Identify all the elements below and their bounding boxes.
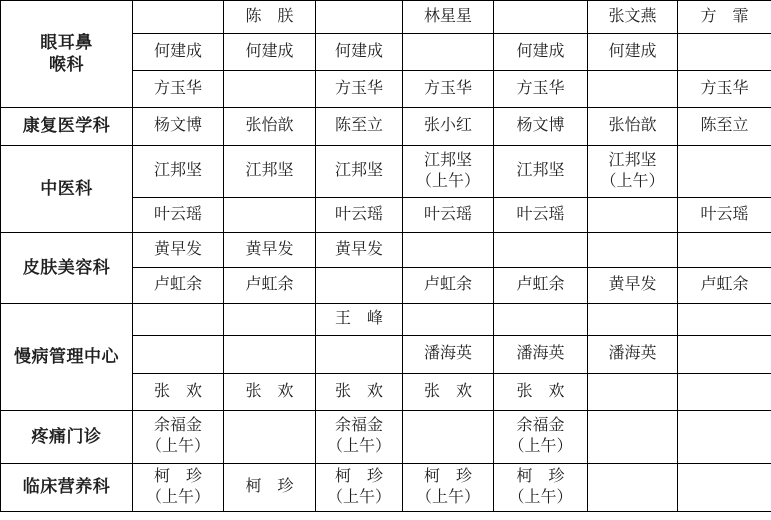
department-cell: 皮肤美容科 [1, 233, 133, 304]
schedule-cell: 方玉华 [133, 71, 224, 108]
schedule-cell: 叶云瑶 [494, 198, 588, 233]
schedule-cell [224, 411, 316, 464]
schedule-cell: 杨文博 [494, 108, 588, 146]
department-cell: 慢病管理中心 [1, 304, 133, 411]
schedule-cell [678, 464, 771, 512]
schedule-cell: 林星星 [403, 1, 494, 34]
schedule-cell [588, 411, 678, 464]
schedule-cell [133, 1, 224, 34]
schedule-cell: 柯 珍 [224, 464, 316, 512]
department-cell: 疼痛门诊 [1, 411, 133, 464]
schedule-cell [588, 71, 678, 108]
schedule-cell: 卢虹余 [224, 268, 316, 304]
schedule-cell: 潘海英 [494, 336, 588, 374]
schedule-cell: 江邦坚 [224, 146, 316, 198]
schedule-page: 眼耳鼻 喉科陈 朕林星星张文燕方 霏何建成何建成何建成何建成何建成方玉华方玉华方… [0, 0, 771, 520]
schedule-cell [588, 233, 678, 268]
schedule-cell [678, 411, 771, 464]
schedule-cell: 柯 珍 （上午） [316, 464, 403, 512]
schedule-cell: 黄早发 [588, 268, 678, 304]
schedule-cell [224, 198, 316, 233]
schedule-cell: 张 欢 [403, 374, 494, 411]
schedule-cell: 王 峰 [316, 304, 403, 336]
schedule-cell: 卢虹余 [678, 268, 771, 304]
schedule-cell: 余福金 （上午） [494, 411, 588, 464]
schedule-cell: 余福金 （上午） [133, 411, 224, 464]
department-cell: 眼耳鼻 喉科 [1, 1, 133, 108]
schedule-cell: 张 欢 [316, 374, 403, 411]
schedule-cell [316, 1, 403, 34]
schedule-cell: 柯 珍 （上午） [133, 464, 224, 512]
schedule-cell: 张文燕 [588, 1, 678, 34]
department-cell: 中医科 [1, 146, 133, 233]
schedule-cell: 陈至立 [316, 108, 403, 146]
schedule-cell [588, 304, 678, 336]
schedule-cell [494, 233, 588, 268]
schedule-cell [133, 304, 224, 336]
schedule-cell [403, 411, 494, 464]
schedule-cell [316, 268, 403, 304]
department-cell: 康复医学科 [1, 108, 133, 146]
schedule-cell: 江邦坚 [133, 146, 224, 198]
schedule-cell [678, 336, 771, 374]
schedule-cell [316, 336, 403, 374]
schedule-cell: 何建成 [224, 34, 316, 71]
schedule-cell: 卢虹余 [494, 268, 588, 304]
table-row: 慢病管理中心王 峰 [1, 304, 771, 336]
schedule-cell: 黄早发 [133, 233, 224, 268]
schedule-cell: 江邦坚 （上午） [403, 146, 494, 198]
table-row: 中医科江邦坚江邦坚江邦坚江邦坚 （上午）江邦坚江邦坚 （上午） [1, 146, 771, 198]
schedule-cell [588, 374, 678, 411]
schedule-cell: 杨文博 [133, 108, 224, 146]
schedule-cell: 江邦坚 [494, 146, 588, 198]
schedule-cell: 张 欢 [133, 374, 224, 411]
schedule-cell: 张 欢 [224, 374, 316, 411]
schedule-cell: 陈至立 [678, 108, 771, 146]
schedule-cell: 柯 珍 （上午） [403, 464, 494, 512]
table-row: 疼痛门诊余福金 （上午）余福金 （上午）余福金 （上午） [1, 411, 771, 464]
schedule-cell [588, 464, 678, 512]
schedule-cell [678, 233, 771, 268]
schedule-cell: 柯 珍 （上午） [494, 464, 588, 512]
table-row: 眼耳鼻 喉科陈 朕林星星张文燕方 霏 [1, 1, 771, 34]
schedule-cell: 叶云瑶 [678, 198, 771, 233]
schedule-cell [224, 336, 316, 374]
schedule-cell: 潘海英 [588, 336, 678, 374]
schedule-cell: 叶云瑶 [133, 198, 224, 233]
schedule-cell: 何建成 [133, 34, 224, 71]
schedule-cell [224, 304, 316, 336]
schedule-cell: 江邦坚 （上午） [588, 146, 678, 198]
schedule-cell [588, 198, 678, 233]
schedule-cell: 叶云瑶 [316, 198, 403, 233]
schedule-cell [678, 34, 771, 71]
schedule-cell: 张 欢 [494, 374, 588, 411]
schedule-cell: 方玉华 [403, 71, 494, 108]
schedule-cell: 方玉华 [678, 71, 771, 108]
schedule-cell: 黄早发 [224, 233, 316, 268]
schedule-cell [494, 304, 588, 336]
schedule-cell [133, 336, 224, 374]
schedule-cell: 卢虹余 [133, 268, 224, 304]
schedule-cell [678, 374, 771, 411]
schedule-cell [678, 304, 771, 336]
schedule-table: 眼耳鼻 喉科陈 朕林星星张文燕方 霏何建成何建成何建成何建成何建成方玉华方玉华方… [0, 0, 771, 512]
schedule-cell: 陈 朕 [224, 1, 316, 34]
department-cell: 临床营养科 [1, 464, 133, 512]
schedule-cell [224, 71, 316, 108]
table-row: 康复医学科杨文博张怡歆陈至立张小红杨文博张怡歆陈至立 [1, 108, 771, 146]
schedule-cell: 方 霏 [678, 1, 771, 34]
schedule-cell: 张小红 [403, 108, 494, 146]
schedule-cell [403, 34, 494, 71]
table-row: 皮肤美容科黄早发黄早发黄早发 [1, 233, 771, 268]
schedule-cell: 叶云瑶 [403, 198, 494, 233]
schedule-cell: 何建成 [494, 34, 588, 71]
schedule-cell: 张怡歆 [224, 108, 316, 146]
schedule-cell: 卢虹余 [403, 268, 494, 304]
schedule-cell: 黄早发 [316, 233, 403, 268]
schedule-cell: 何建成 [588, 34, 678, 71]
schedule-cell: 方玉华 [494, 71, 588, 108]
schedule-cell: 江邦坚 [316, 146, 403, 198]
schedule-cell: 张怡歆 [588, 108, 678, 146]
schedule-cell: 何建成 [316, 34, 403, 71]
schedule-cell [403, 233, 494, 268]
schedule-cell: 潘海英 [403, 336, 494, 374]
schedule-cell [494, 1, 588, 34]
schedule-cell: 方玉华 [316, 71, 403, 108]
schedule-cell [678, 146, 771, 198]
schedule-cell [403, 304, 494, 336]
schedule-cell: 余福金 （上午） [316, 411, 403, 464]
table-row: 临床营养科柯 珍 （上午）柯 珍柯 珍 （上午）柯 珍 （上午）柯 珍 （上午） [1, 464, 771, 512]
